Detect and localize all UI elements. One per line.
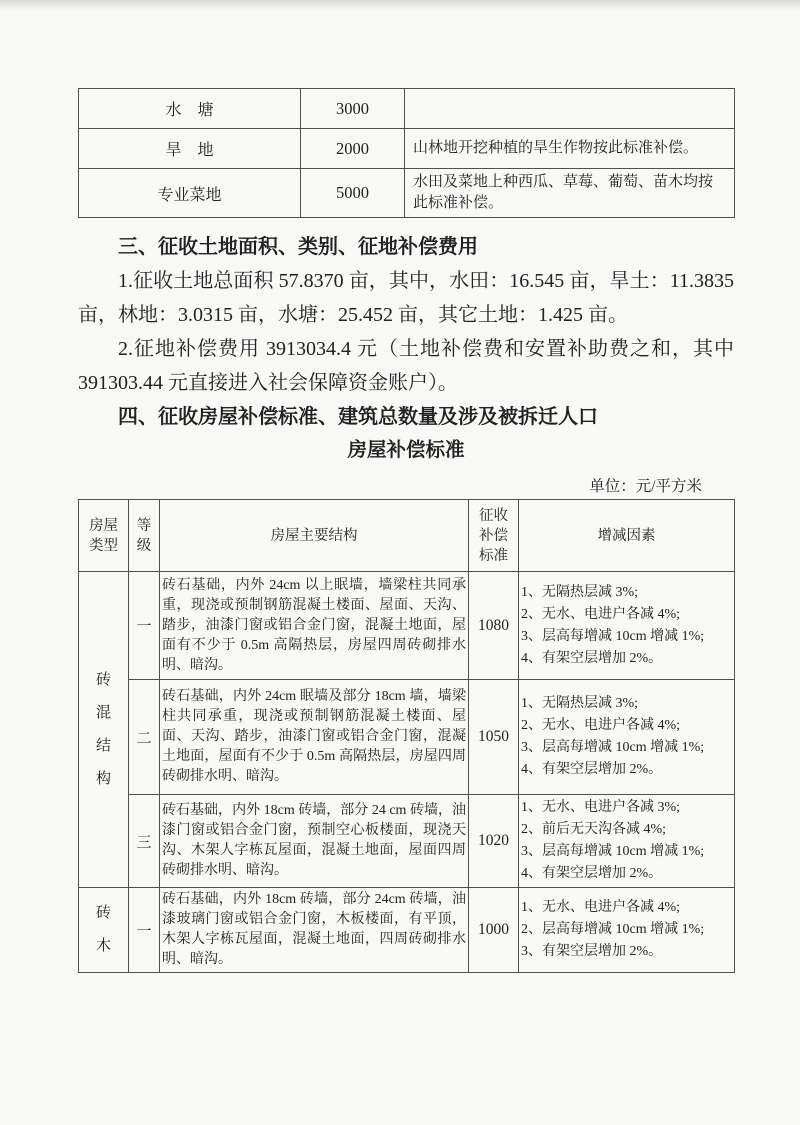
header-grade: 等级	[129, 500, 160, 572]
grade-cell: 一	[129, 572, 160, 680]
crop-note	[405, 89, 735, 129]
factor-line: 1、无水、电进户各减 4%;	[521, 897, 732, 919]
factors-cell: 1、无水、电进户各减 3%; 2、前后无天沟各减 4%; 3、层高每增减 10c…	[519, 795, 735, 888]
factor-line: 2、层高每增减 10cm 增减 1%;	[521, 919, 732, 941]
factors-cell: 1、无水、电进户各减 4%; 2、层高每增减 10cm 增减 1%; 3、有架空…	[519, 888, 735, 973]
factor-line: 1、无隔热层减 3%;	[521, 693, 732, 715]
crop-category: 专业菜地	[79, 169, 301, 218]
factor-line: 3、层高每增减 10cm 增减 1%;	[521, 841, 732, 863]
header-standard: 征收补偿标准	[469, 500, 519, 572]
section-four-heading: 四、征收房屋补偿标准、建筑总数量及涉及被拆迁人口	[78, 400, 734, 434]
crop-note: 山林地开挖种植的旱生作物按此标准补偿。	[405, 129, 735, 169]
factor-line: 4、有架空层增加 2%。	[521, 759, 732, 781]
grade-cell: 三	[129, 795, 160, 888]
house-type-cell: 砖木	[79, 888, 129, 973]
factor-line: 2、无水、电进户各减 4%;	[521, 715, 732, 737]
crop-note: 水田及菜地上种西瓜、草莓、葡萄、苗木均按此标准补偿。	[405, 169, 735, 218]
factor-line: 4、有架空层增加 2%。	[521, 863, 732, 885]
factor-line: 3、层高每增减 10cm 增减 1%;	[521, 737, 732, 759]
factors-cell: 1、无隔热层减 3%; 2、无水、电进户各减 4%; 3、层高每增减 10cm …	[519, 680, 735, 795]
scan-artifact	[0, 0, 800, 10]
header-structure: 房屋主要结构	[160, 500, 469, 572]
standard-cell: 1080	[469, 572, 519, 680]
table-row: 专业菜地 5000 水田及菜地上种西瓜、草莓、葡萄、苗木均按此标准补偿。	[79, 169, 735, 218]
compensation-fee-paragraph: 2.征地补偿费用 3913034.4 元（土地补偿费和安置补助费之和，其中 39…	[78, 332, 734, 400]
header-row: 房屋类型 等级 房屋主要结构 征收补偿标准 增减因素	[79, 500, 735, 572]
crop-category: 水 塘	[79, 89, 301, 129]
crop-compensation-table: 水 塘 3000 旱 地 2000 山林地开挖种植的旱生作物按此标准补偿。 专业…	[78, 88, 735, 218]
house-row-brick-concrete-3: 三 砖石基础，内外 18cm 砖墙，部分 24 cm 砖墙，油漆门窗或铝合金门窗…	[79, 795, 735, 888]
unit-label: 单位：元/平方米	[78, 474, 734, 496]
house-type-label: 砖木	[95, 897, 112, 963]
standard-cell: 1000	[469, 888, 519, 973]
table-row: 水 塘 3000	[79, 89, 735, 129]
factor-line: 2、前后无天沟各减 4%;	[521, 819, 732, 841]
table-row: 旱 地 2000 山林地开挖种植的旱生作物按此标准补偿。	[79, 129, 735, 169]
house-row-brick-wood-1: 砖木 一 砖石基础，内外 18cm 砖墙，部分 24cm 砖墙，油漆玻璃门窗或铝…	[79, 888, 735, 973]
house-row-brick-concrete-1: 砖混结构 一 砖石基础，内外 24cm 以上眠墙，墙梁柱共同承重，现浇或预制钢筋…	[79, 572, 735, 680]
house-compensation-table: 房屋类型 等级 房屋主要结构 征收补偿标准 增减因素 砖混结构 一 砖石基础，内…	[78, 499, 735, 973]
crop-standard: 2000	[301, 129, 405, 169]
factor-line: 3、有架空层增加 2%。	[521, 941, 732, 963]
house-table-title: 房屋补偿标准	[78, 434, 734, 468]
factor-line: 1、无水、电进户各减 3%;	[521, 797, 732, 819]
factor-line: 1、无隔热层减 3%;	[521, 582, 732, 604]
structure-cell: 砖石基础，内外 18cm 砖墙，部分 24cm 砖墙，油漆玻璃门窗或铝合金门窗，…	[160, 888, 469, 973]
grade-cell: 一	[129, 888, 160, 973]
factors-cell: 1、无隔热层减 3%; 2、无水、电进户各减 4%; 3、层高每增减 10cm …	[519, 572, 735, 680]
body-text: 三、征收土地面积、类别、征地补偿费用 1.征收土地总面积 57.8370 亩，其…	[78, 230, 734, 496]
header-house-type: 房屋类型	[79, 500, 129, 572]
header-factors: 增减因素	[519, 500, 735, 572]
house-type-cell: 砖混结构	[79, 572, 129, 888]
standard-cell: 1020	[469, 795, 519, 888]
factor-line: 3、层高每增减 10cm 增减 1%;	[521, 626, 732, 648]
crop-standard: 5000	[301, 169, 405, 218]
structure-cell: 砖石基础，内外 24cm 以上眠墙，墙梁柱共同承重，现浇或预制钢筋混凝土楼面、屋…	[160, 572, 469, 680]
factor-line: 4、有架空层增加 2%。	[521, 648, 732, 670]
document-page: 水 塘 3000 旱 地 2000 山林地开挖种植的旱生作物按此标准补偿。 专业…	[0, 0, 800, 1125]
standard-cell: 1050	[469, 680, 519, 795]
structure-cell: 砖石基础，内外 18cm 砖墙，部分 24 cm 砖墙，油漆门窗或铝合金门窗，预…	[160, 795, 469, 888]
land-area-paragraph: 1.征收土地总面积 57.8370 亩，其中，水田：16.545 亩，旱土：11…	[78, 264, 734, 332]
house-type-label: 砖混结构	[95, 664, 112, 796]
crop-category: 旱 地	[79, 129, 301, 169]
grade-cell: 二	[129, 680, 160, 795]
house-row-brick-concrete-2: 二 砖石基础，内外 24cm 眠墙及部分 18cm 墙，墙梁柱共同承重，现浇或预…	[79, 680, 735, 795]
section-three-heading: 三、征收土地面积、类别、征地补偿费用	[78, 230, 734, 264]
structure-cell: 砖石基础，内外 24cm 眠墙及部分 18cm 墙，墙梁柱共同承重，现浇或预制钢…	[160, 680, 469, 795]
factor-line: 2、无水、电进户各减 4%;	[521, 604, 732, 626]
crop-standard: 3000	[301, 89, 405, 129]
